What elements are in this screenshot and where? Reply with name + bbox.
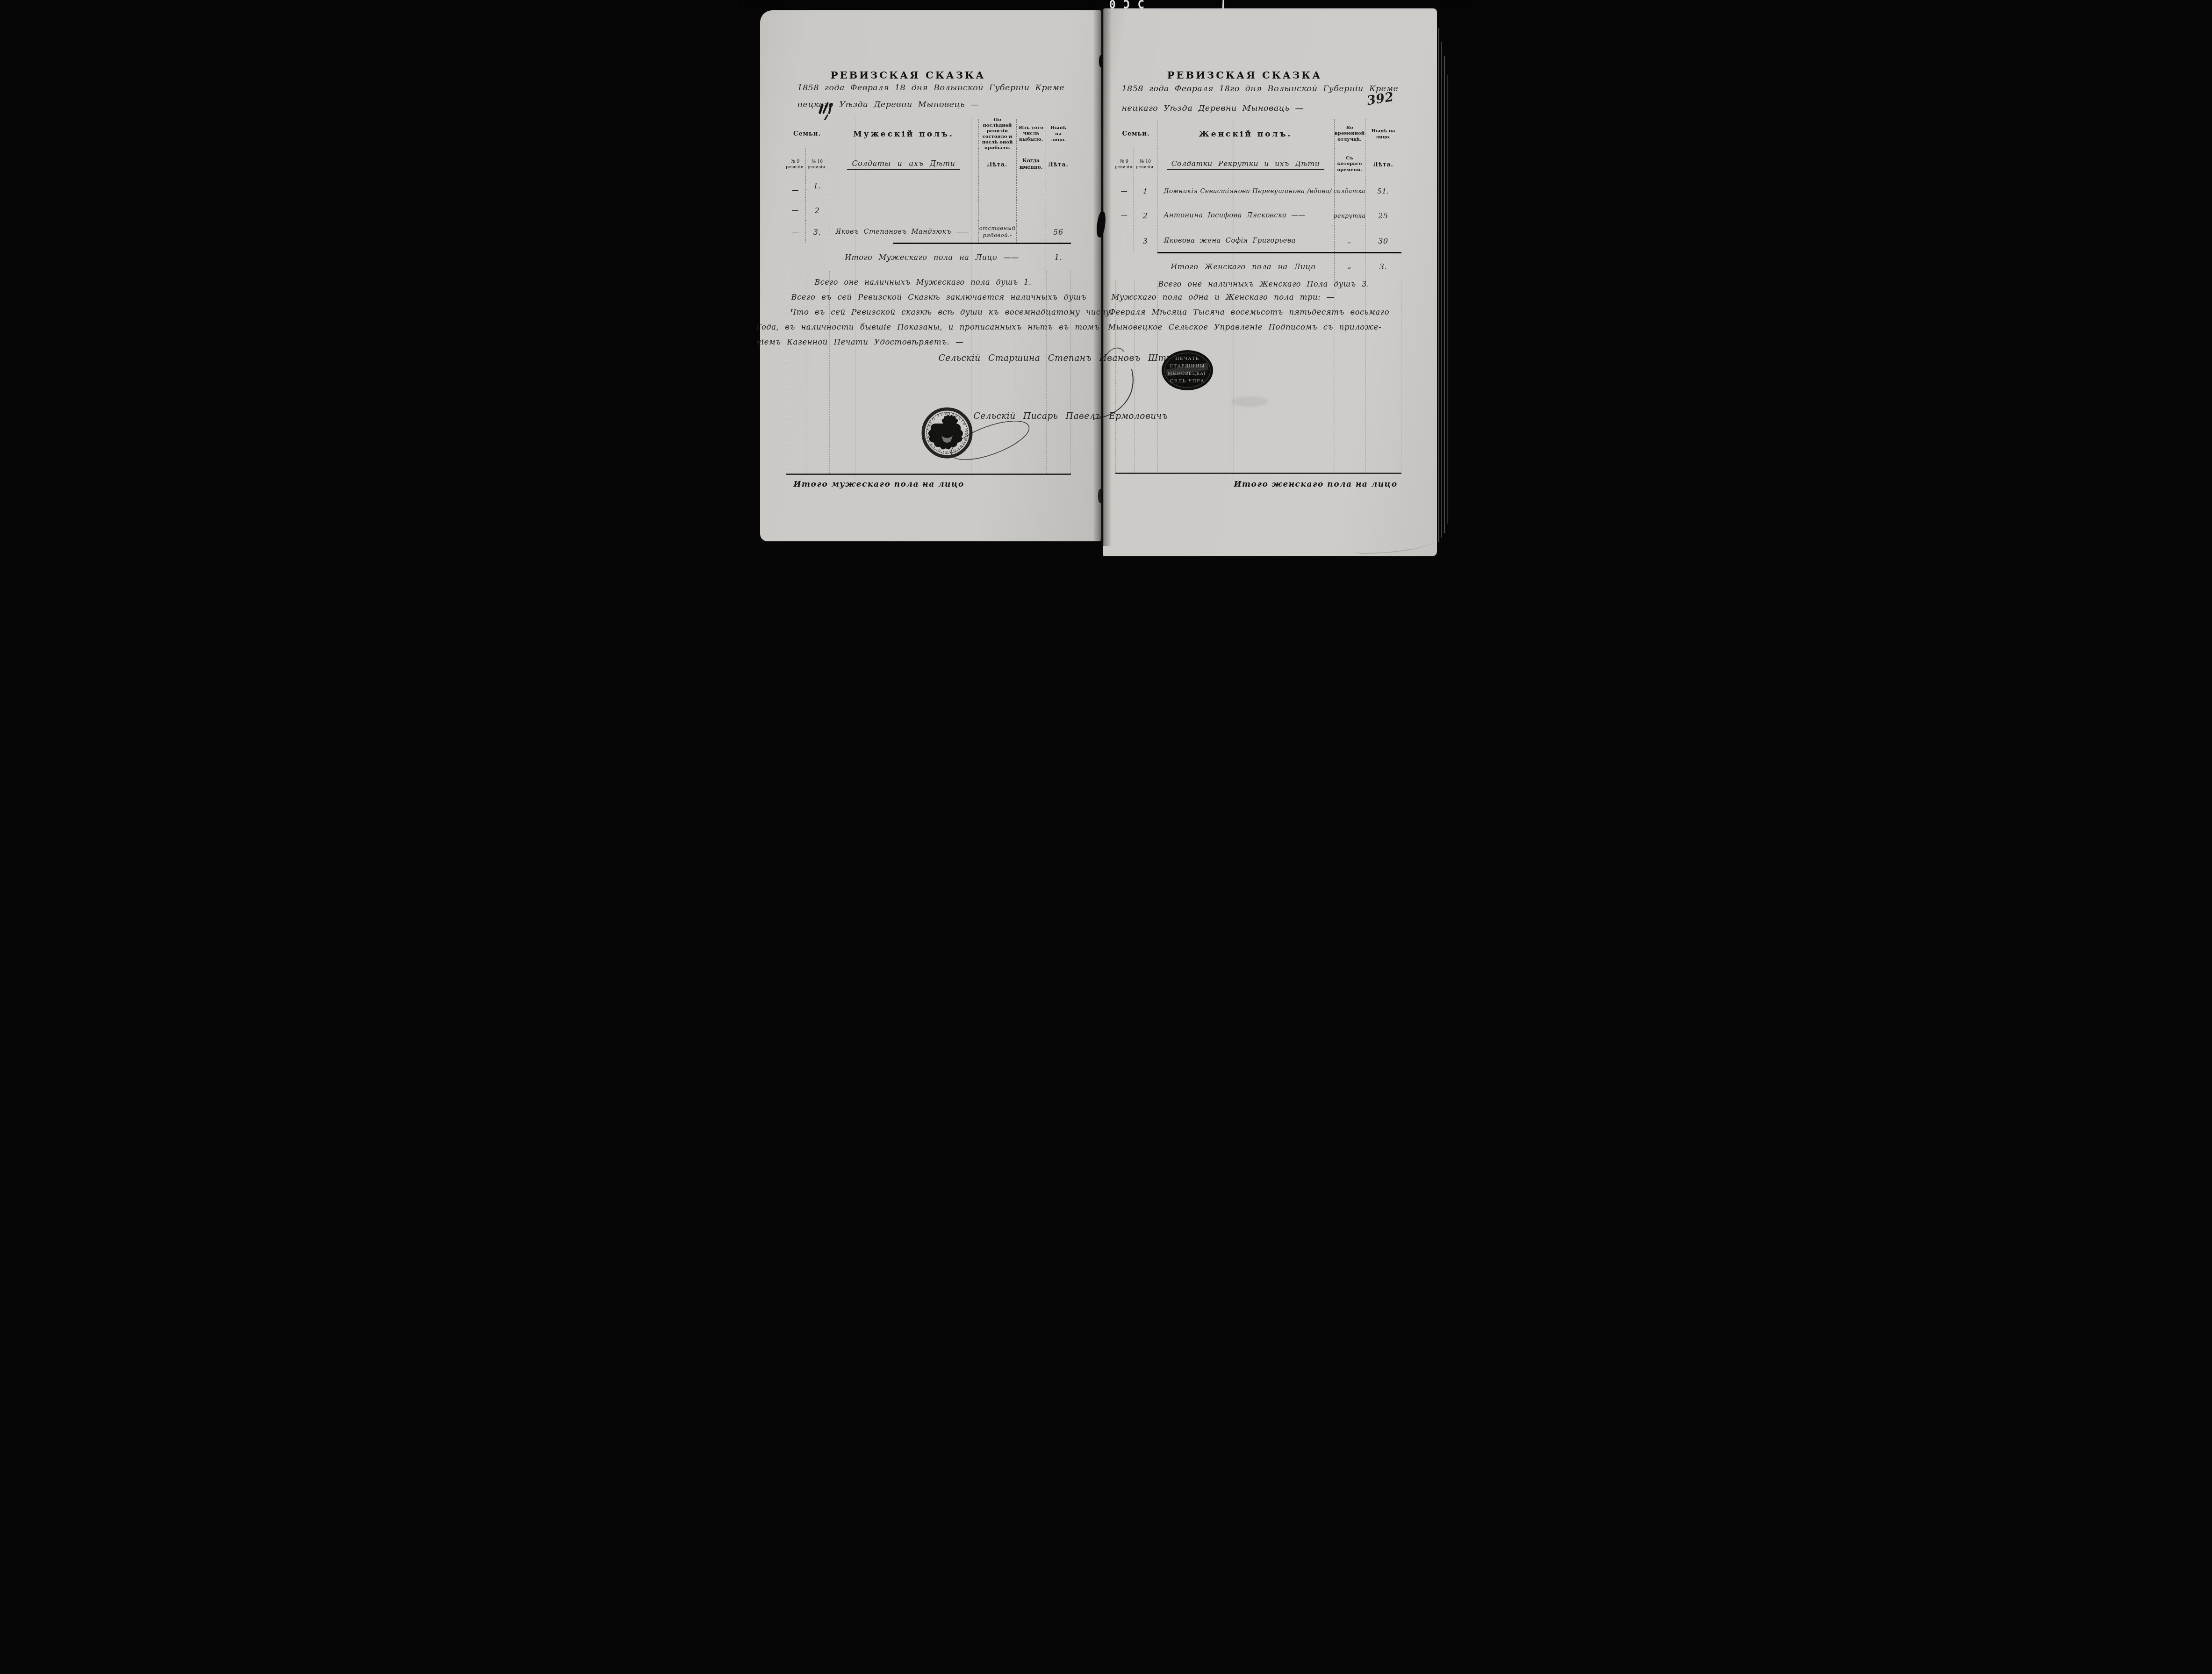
left-total-label: Итого Мужескаго пола на Лицо —— xyxy=(786,243,1046,271)
row-rev9: — xyxy=(786,180,806,200)
right-summary-line: Всего оне наличныхъ Женскаго Пола душъ 3… xyxy=(1158,280,1370,288)
attestation-line3-right: Мыновецкое Сельское Управленіе Подписомъ… xyxy=(1108,323,1382,331)
left-bottom-rule xyxy=(786,474,1071,475)
left-col-rev9: № 9 ревизіи. xyxy=(786,149,806,180)
row-note: „ xyxy=(1335,229,1365,252)
column-guide xyxy=(1401,280,1401,473)
row-rev9: — xyxy=(1115,180,1134,202)
row-rev9: — xyxy=(786,221,806,243)
attestation-line3-left: Года, въ наличности бывшіе Показаны, и п… xyxy=(756,323,1099,331)
seal-text-line: МЫНОВЕЦКАГ xyxy=(1167,372,1207,376)
row-name xyxy=(829,180,979,200)
gutter-line xyxy=(1101,9,1103,545)
row-name: Яковъ Степановъ Мандзюкъ —— xyxy=(829,221,979,243)
column-guide xyxy=(786,271,786,474)
seal-text-line: СТАРШИНЫ xyxy=(1170,364,1205,369)
row-age: 56 xyxy=(1046,221,1071,243)
page-stack-edge xyxy=(1441,42,1442,538)
table-rule-partial xyxy=(893,243,1071,244)
right-date-line: 1858 года Февраля 18го дня Волынской Губ… xyxy=(1122,84,1399,93)
left-category: Солдаты и ихъ Дѣти xyxy=(847,159,960,170)
row-rev10: 2 xyxy=(1134,202,1157,229)
clerk-signature: Сельскій Писарь Павелъ Ермоловичъ xyxy=(974,411,1168,421)
right-table: Семьи. Женскій полъ. Во временной отлучк… xyxy=(1115,119,1401,280)
attestation-line4-left: ніемъ Казенной Печати Удостовѣряетъ. — xyxy=(756,338,964,346)
right-total-since: „ xyxy=(1335,252,1365,280)
left-table: Семьи. Мужескій полъ. По послѣдней ревиз… xyxy=(786,119,1071,271)
row-rev10: 1 xyxy=(1134,180,1157,202)
right-col-since: Съ котораго времени. xyxy=(1335,149,1365,180)
right-col-sex: Женскій полъ. xyxy=(1157,119,1335,149)
right-bottom-rule xyxy=(1115,473,1401,474)
left-page-title: РЕВИЗСКАЯ СКАЗКА xyxy=(808,69,1009,81)
right-place-line: нецкаго Уѣзда Деревни Мыноваць — xyxy=(1122,104,1304,113)
seal-text-line: СЕЛЬ УПРА xyxy=(1170,379,1205,384)
row-age: 30 xyxy=(1365,229,1401,252)
row-when xyxy=(1017,200,1046,221)
left-footer-label: Итого мужескаго пола на лицо xyxy=(794,480,964,489)
row-rev9: — xyxy=(1115,202,1134,229)
seal-text-line: ПЕЧАТЬ xyxy=(1175,356,1199,361)
attestation-line2-left: Что въ сей Ревизской сказкѣ всѣ души къ … xyxy=(790,308,1111,316)
left-col-rev10: № 10 ревизіи. xyxy=(806,149,829,180)
row-name: Яковова жена Софія Григорьева —— xyxy=(1157,229,1335,252)
left-col-present: Нынѣ на лицо. xyxy=(1046,119,1071,149)
right-col-family: Семьи. xyxy=(1115,119,1157,149)
row-age: 25 xyxy=(1365,202,1401,229)
right-col-absence: Во временной отлучкѣ. xyxy=(1335,119,1365,149)
row-note xyxy=(979,200,1017,221)
gutter-ink-blob-bottom xyxy=(1098,489,1103,503)
scanned-revision-list-spread: 0ƆC РЕВИЗСКАЯ СКАЗКА 1858 года Февраля 1… xyxy=(738,0,1475,558)
right-footer-label: Итого женскаго пола на лицо xyxy=(1234,480,1398,489)
row-name xyxy=(829,200,979,221)
elder-signature: Сельскій Старшина Степанъ Ивановъ Штири xyxy=(939,353,1184,363)
row-rev10: 3 xyxy=(1134,229,1157,252)
row-rev10: 3. xyxy=(806,221,829,243)
right-category: Солдатки Рекрутки и ихъ Дѣти xyxy=(1167,159,1324,170)
eagle-seal: ПЕЧАТЬ МЫНОВЕЦКАГО СЕЛЬСКАГО УПРАВ xyxy=(921,407,973,459)
row-rev10: 1. xyxy=(806,180,829,200)
left-col-departed: Изъ того числа выбыло. xyxy=(1017,119,1046,149)
right-col-rev10: № 10 ревизіи. xyxy=(1134,149,1157,180)
right-col-rev9: № 9 ревизіи. xyxy=(1115,149,1134,180)
row-when xyxy=(1017,180,1046,200)
attestation-line1-left: Всего въ сей Ревизской Сказкѣ заключаетс… xyxy=(791,293,1087,302)
row-note: отставный рядовой.- xyxy=(979,221,1017,243)
left-col-family: Семьи. xyxy=(786,119,829,149)
right-page-title: РЕВИЗСКАЯ СКАЗКА xyxy=(1144,69,1345,81)
attestation-line2-right: Февраля Мѣсяца Тысяча восемьсотъ пятьдес… xyxy=(1109,308,1390,316)
left-date-line: 1858 года Февраля 18 дня Волынской Губер… xyxy=(797,83,1065,93)
row-name: Антонина Іосифова Лясковска —— xyxy=(1157,202,1335,229)
left-col-years1: Лѣта. xyxy=(979,149,1017,180)
right-col-years: Лѣта. xyxy=(1365,149,1401,180)
page-stack-edge xyxy=(1438,28,1439,542)
row-when xyxy=(1017,221,1046,243)
attestation-line1-right: Мужскаго пола одна и Женскаго пола три: … xyxy=(1112,293,1335,302)
row-note: солдатка xyxy=(1335,180,1365,202)
row-note: рекрутка xyxy=(1335,202,1365,229)
page-stack-edge xyxy=(1444,56,1445,533)
left-summary-line: Всего оне наличныхъ Мужескаго пола душъ … xyxy=(815,278,1032,287)
row-age: 51. xyxy=(1365,180,1401,202)
table-rule-partial xyxy=(1157,252,1401,253)
page-stack-edge xyxy=(1447,75,1448,524)
row-note xyxy=(979,180,1017,200)
left-col-when: Когда именно. xyxy=(1017,149,1046,180)
right-total-label: Итого Женскаго пола на Лицо xyxy=(1115,252,1335,280)
gutter-ink-blob-small xyxy=(1099,55,1103,67)
right-col-present: Нынѣ на лицо. xyxy=(1365,119,1401,149)
left-col-revision: По послѣдней ревизіи состояло и послѣ он… xyxy=(979,119,1017,149)
left-total-value: 1. xyxy=(1046,243,1071,271)
left-col-years2: Лѣта. xyxy=(1046,149,1071,180)
left-category-cell: Солдаты и ихъ Дѣти xyxy=(829,149,979,180)
row-age xyxy=(1046,200,1071,221)
row-rev9: — xyxy=(786,200,806,221)
row-age xyxy=(1046,180,1071,200)
row-rev10: 2 xyxy=(806,200,829,221)
village-elder-seal: ПЕЧАТЬ СТАРШИНЫ МЫНОВЕЦКАГ СЕЛЬ УПРА xyxy=(1160,348,1215,392)
paper-smudge xyxy=(1231,396,1268,407)
left-col-sex: Мужескій полъ. xyxy=(829,119,979,149)
row-rev9: — xyxy=(1115,229,1134,252)
row-name: Домникія Севастіянова Перевушинова /вдов… xyxy=(1157,180,1335,202)
right-category-cell: Солдатки Рекрутки и ихъ Дѣти xyxy=(1157,149,1335,180)
right-total-value: 3. xyxy=(1365,252,1401,280)
